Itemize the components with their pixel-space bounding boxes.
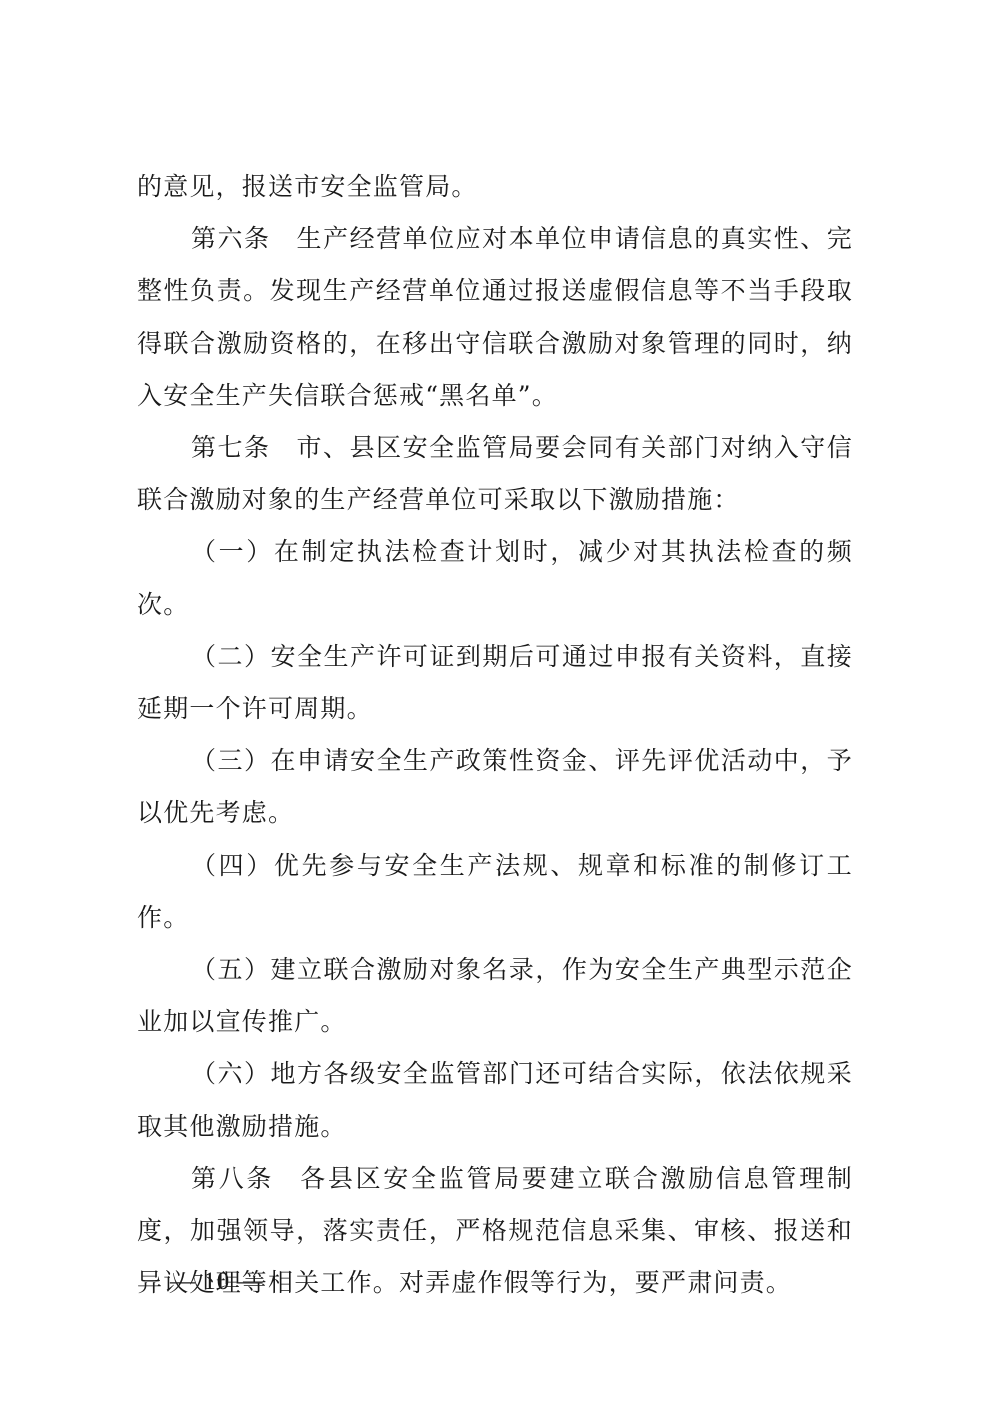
paragraph-text: （三）在申请安全生产政策性资金、评先评优活动中，予以优先考虑。 (137, 746, 853, 827)
page-number: — 10 — (170, 1268, 264, 1296)
list-item-6: （六）地方各级安全监管部门还可结合实际，依法依规采取其他激励措施。 (137, 1048, 853, 1152)
list-item-4: （四）优先参与安全生产法规、规章和标准的制修订工作。 (137, 840, 853, 944)
list-item-1: （一）在制定执法检查计划时，减少对其执法检查的频次。 (137, 526, 853, 630)
article-7-paragraph: 第七条市、县区安全监管局要会同有关部门对纳入守信联合激励对象的生产经营单位可采取… (137, 422, 853, 526)
paragraph-continuation: 的意见，报送市安全监管局。 (137, 161, 853, 213)
paragraph-text: （一）在制定执法检查计划时，减少对其执法检查的频次。 (137, 537, 853, 618)
list-item-5: （五）建立联合激励对象名录，作为安全生产典型示范企业加以宣传推广。 (137, 944, 853, 1048)
article-number: 第八条 (191, 1164, 274, 1193)
list-item-2: （二）安全生产许可证到期后可通过申报有关资料，直接延期一个许可周期。 (137, 631, 853, 735)
paragraph-text: （五）建立联合激励对象名录，作为安全生产典型示范企业加以宣传推广。 (137, 955, 853, 1036)
article-number: 第六条 (191, 224, 271, 253)
paragraph-text: （六）地方各级安全监管部门还可结合实际，依法依规采取其他激励措施。 (137, 1059, 853, 1140)
paragraph-text: 的意见，报送市安全监管局。 (137, 172, 478, 201)
document-page: 的意见，报送市安全监管局。 第六条生产经营单位应对本单位申请信息的真实性、完整性… (0, 0, 1000, 1414)
document-body: 的意见，报送市安全监管局。 第六条生产经营单位应对本单位申请信息的真实性、完整性… (137, 161, 853, 1309)
list-item-3: （三）在申请安全生产政策性资金、评先评优活动中，予以优先考虑。 (137, 735, 853, 839)
paragraph-text: （四）优先参与安全生产法规、规章和标准的制修订工作。 (137, 851, 853, 932)
article-number: 第七条 (191, 433, 271, 462)
article-6-paragraph: 第六条生产经营单位应对本单位申请信息的真实性、完整性负责。发现生产经营单位通过报… (137, 213, 853, 422)
paragraph-text: （二）安全生产许可证到期后可通过申报有关资料，直接延期一个许可周期。 (137, 642, 853, 723)
